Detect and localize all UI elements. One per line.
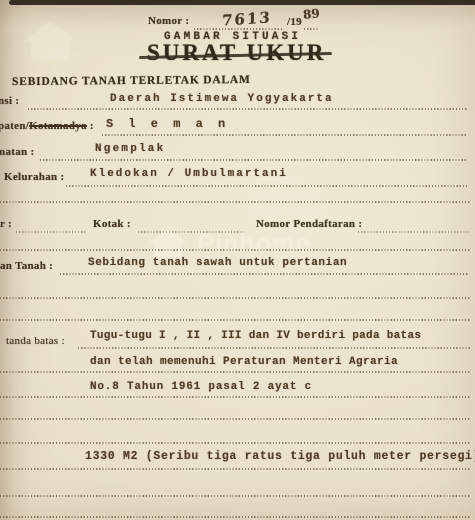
field-dotted-line xyxy=(28,108,468,110)
pendaftaran-dotted-line xyxy=(358,231,470,233)
kotak-label: Kotak : xyxy=(93,218,131,230)
tanda-batas-line1: Tugu-tugu I , II , III dan IV berdiri pa… xyxy=(90,330,421,342)
dotted-rule xyxy=(0,468,470,470)
tanda-batas-label: tanda batas : xyxy=(6,335,65,347)
dotted-rule xyxy=(0,371,470,373)
tanah-value: Sebidang tanah sawah untuk pertanian xyxy=(88,257,347,269)
dotted-rule xyxy=(0,396,470,398)
kotak-dotted-line xyxy=(138,231,244,233)
field-value-propinsi: Daerah Istimewa Yogyakarta xyxy=(110,93,334,105)
section-heading: SEBIDANG TANAH TERLETAK DALAM xyxy=(12,74,251,88)
field-label-propinsi: nsi : xyxy=(0,95,19,107)
registration-dotted-line xyxy=(16,231,86,233)
tanda-batas-line2: dan telah memenuhi Peraturan Menteri Agr… xyxy=(90,356,398,368)
label-suffix: : xyxy=(87,120,94,132)
field-label-kabupaten: paten/Kotamadya : xyxy=(0,120,94,132)
dotted-rule xyxy=(0,297,470,299)
dotted-rule xyxy=(0,516,470,518)
field-value-kelurahan: Kledokan / Umbulmartani xyxy=(90,168,288,180)
photo-top-edge xyxy=(9,0,475,5)
area-value: 1330 M2 (Seribu tiga ratus tiga puluh me… xyxy=(85,450,475,463)
dotted-rule xyxy=(0,442,470,444)
tanda-batas-line3: No.8 Tahun 1961 pasal 2 ayat c xyxy=(90,381,312,393)
label-struck-kotamadya: Kotamadya xyxy=(29,120,87,132)
nomor-label: Nomor : xyxy=(148,15,189,27)
field-value-kecamatan: Ngemplak xyxy=(95,143,165,155)
field-label-kecamatan: matan : xyxy=(0,146,34,158)
field-value-kabupaten: S l e m a n xyxy=(106,117,229,131)
dotted-rule xyxy=(0,249,470,251)
dotted-rule xyxy=(0,201,470,203)
dotted-rule xyxy=(0,418,470,420)
scanned-survey-document: Pinhome Nomor : 7613 /19 89 GAMBAR SITUA… xyxy=(0,0,475,520)
field-dotted-line xyxy=(40,159,468,161)
field-label-kelurahan: Kelurahan : xyxy=(4,171,64,183)
dotted-rule xyxy=(0,495,470,497)
year-printed: /19 xyxy=(287,16,302,28)
field-dotted-line xyxy=(66,185,468,187)
tanah-label: an Tanah : xyxy=(0,260,53,272)
watermark-top-left xyxy=(18,18,82,64)
field-dotted-line xyxy=(102,134,468,136)
label-prefix: paten/ xyxy=(0,120,29,132)
registration-left-label: r : xyxy=(0,218,12,230)
nomor-pendaftaran-label: Nomor Pendaftaran : xyxy=(256,218,362,230)
tanda-batas-dotted-line xyxy=(78,347,470,349)
tanah-dotted-line xyxy=(60,273,468,275)
nomor-value-handwritten: 7613 xyxy=(222,8,272,30)
year-dotted-line xyxy=(304,28,318,30)
dotted-rule xyxy=(0,319,470,321)
watermark-house-icon xyxy=(18,18,82,64)
year-value-handwritten: 89 xyxy=(302,6,320,22)
